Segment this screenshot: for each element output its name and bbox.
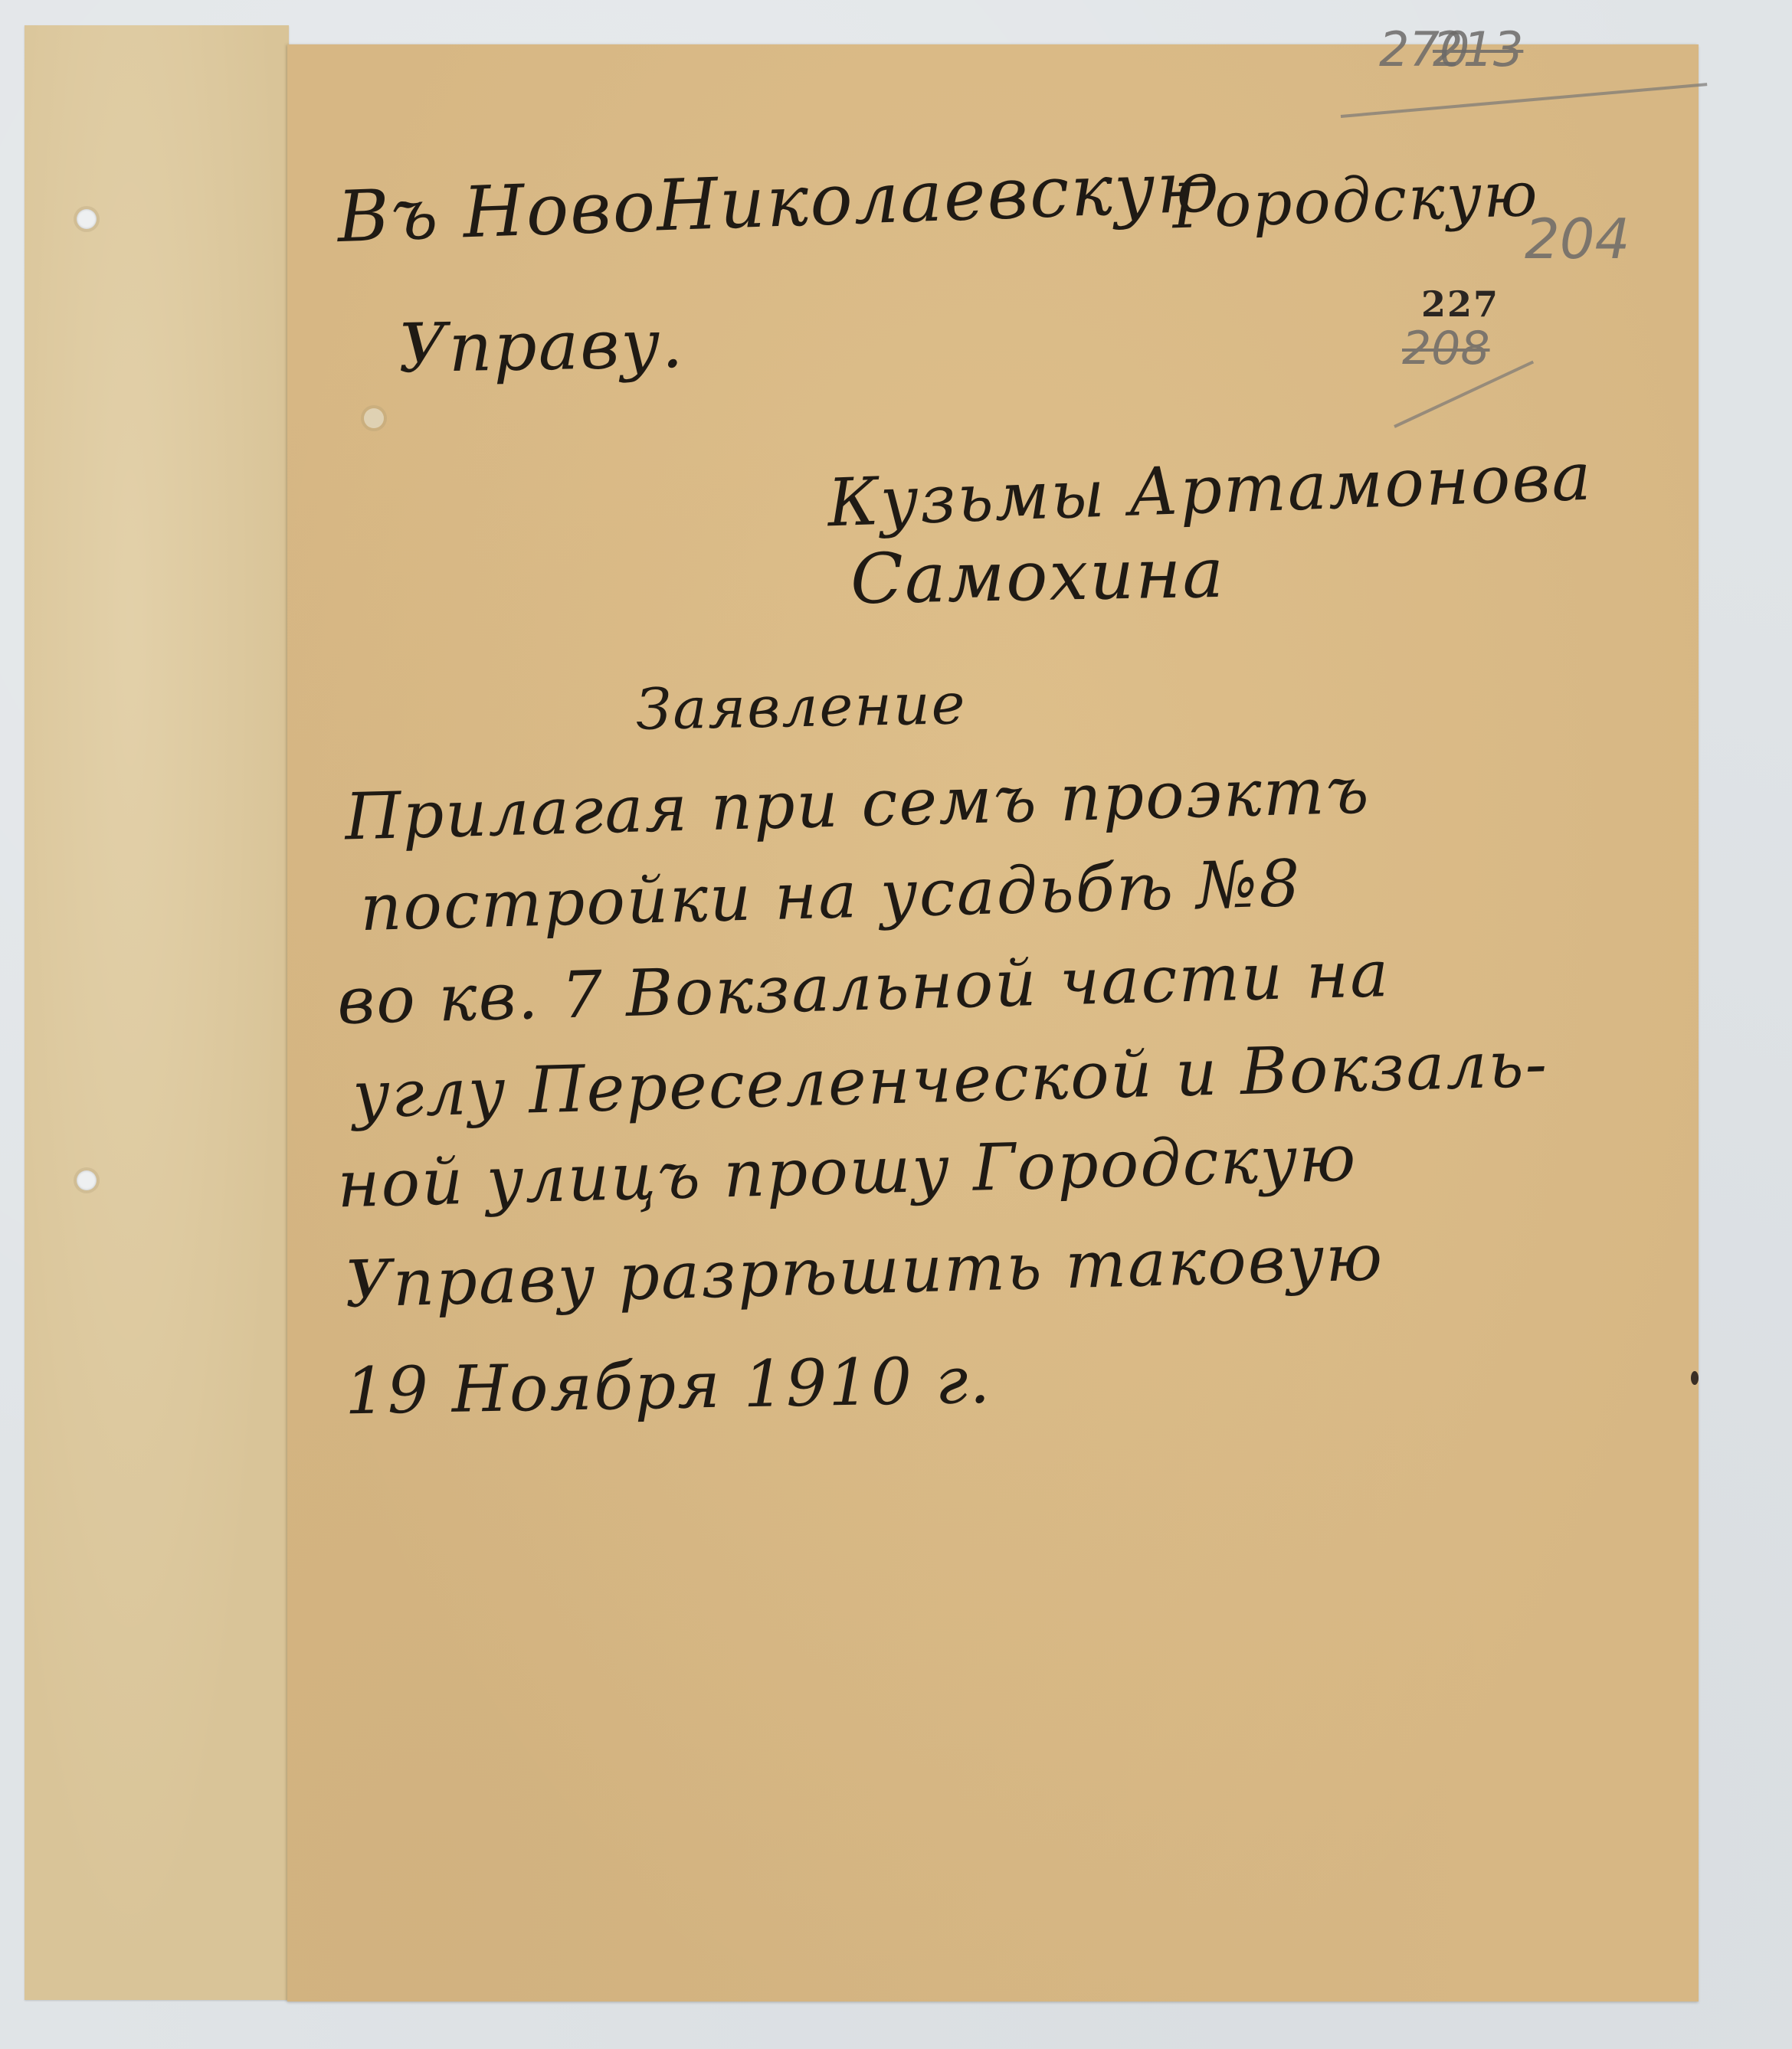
addressee-line-2: Управу. (398, 304, 685, 388)
punch-hole (77, 209, 97, 229)
stamped-folio-number: 227 (1421, 283, 1499, 325)
ink-speck (1691, 1371, 1699, 1385)
archive-number-struck-2: 208 (1402, 322, 1490, 375)
addressee-line-1-end: Городскую (1171, 159, 1541, 243)
mounting-strip (25, 25, 289, 2000)
punch-hole (364, 408, 384, 428)
archive-number-struck: 213 (1433, 21, 1523, 77)
archive-number-pencil: 204 (1525, 207, 1630, 271)
punch-hole (77, 1170, 97, 1190)
document-date: 19 Ноября 1910 г. (344, 1343, 992, 1429)
document-title: Заявление (635, 671, 967, 743)
sender-name-line-2: Самохина (850, 533, 1226, 620)
